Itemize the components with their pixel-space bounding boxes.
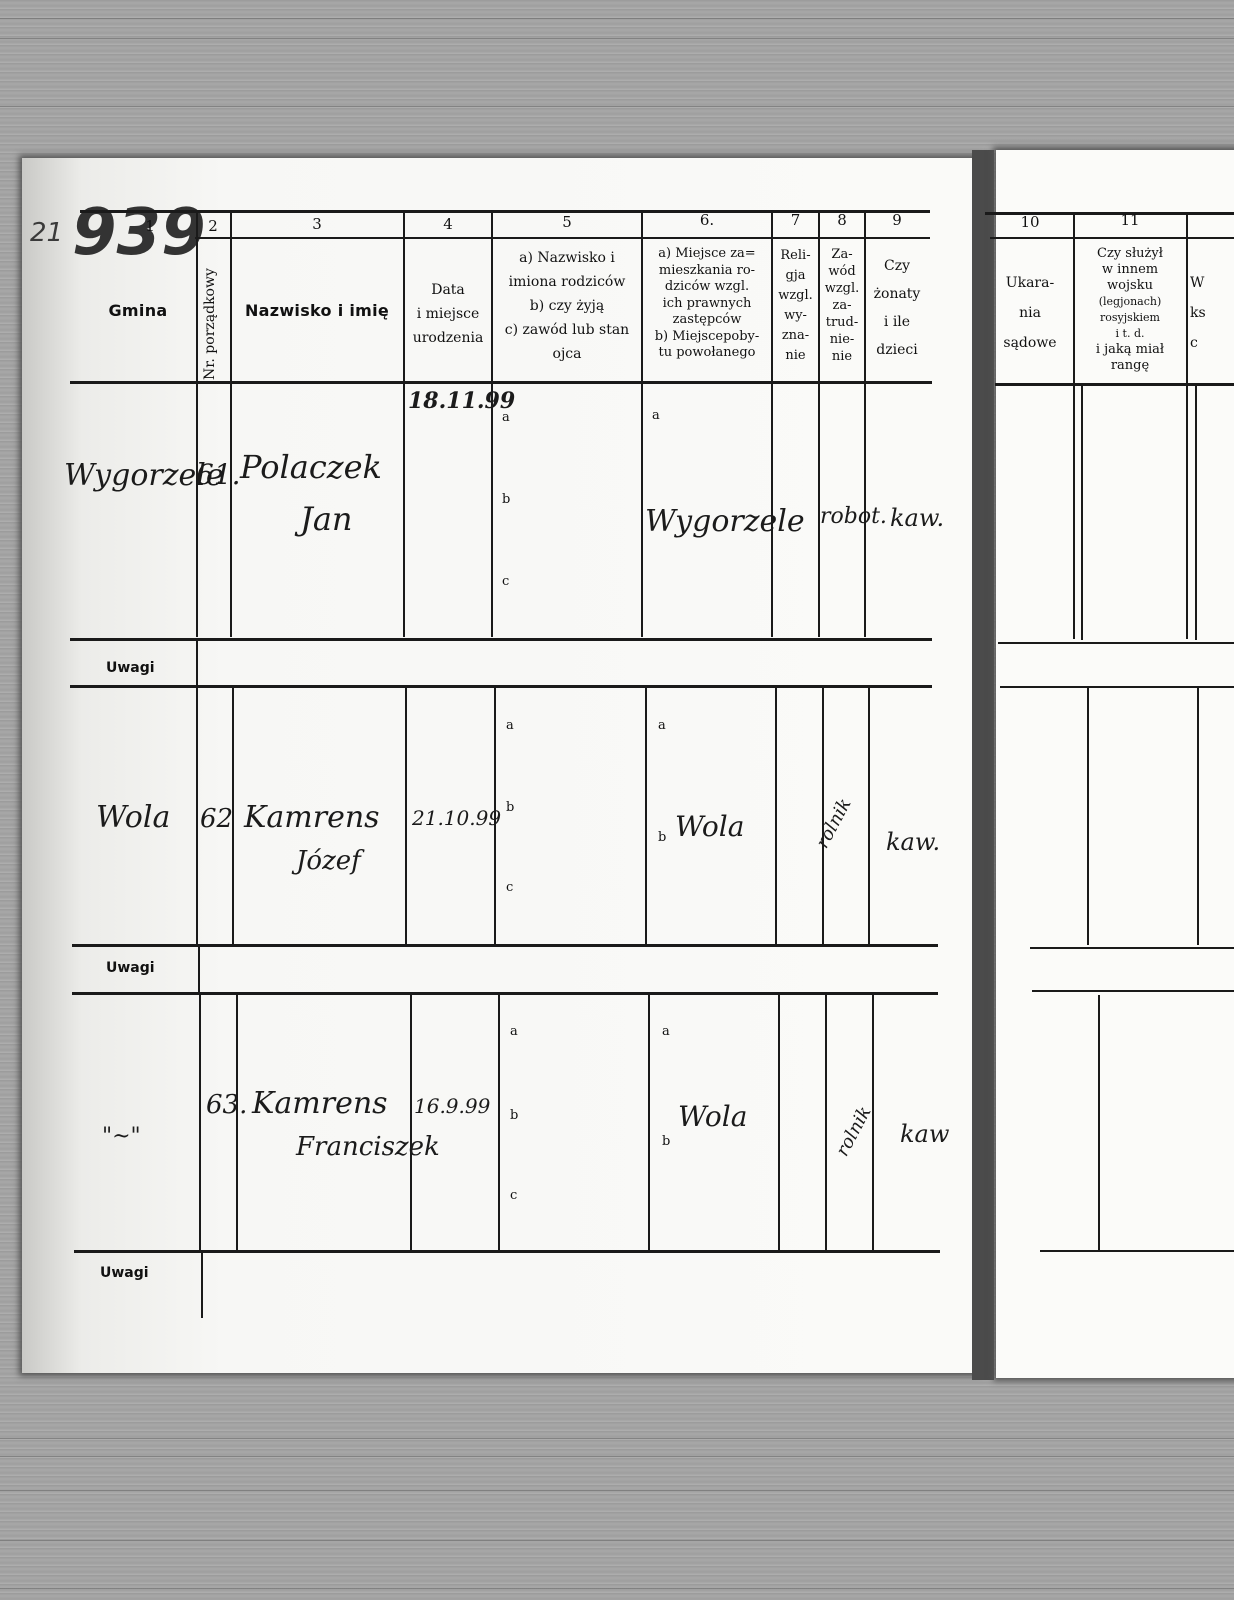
col-12-header-partial: W ks c: [1190, 268, 1220, 358]
entry-married: kaw: [900, 1120, 949, 1148]
entry-married: kaw.: [886, 828, 940, 856]
col-6-number: 6.: [643, 212, 771, 229]
col-nr-header: Nr. porządkowy: [202, 268, 218, 380]
entry-gmina-ditto: "~": [102, 1124, 141, 1149]
remarks-label: Uwagi: [106, 660, 155, 676]
col-parents-header: a) Nazwisko i imiona rodziców b) czy żyj…: [493, 246, 641, 366]
col-10-number: 10: [990, 214, 1070, 231]
col-9-number: 9: [866, 212, 928, 229]
col-8-number: 8: [820, 212, 864, 229]
entry-residence: Wygorzele: [645, 504, 805, 539]
col-5-number: 5: [493, 214, 641, 231]
col-religion-header: Reli- gja wzgl. wy- zna- nie: [773, 246, 818, 366]
col-2-number: 2: [198, 218, 228, 235]
remarks-label: Uwagi: [106, 960, 155, 976]
entry-nr: 63.: [206, 1090, 247, 1120]
entry-married: kaw.: [890, 504, 944, 532]
col-11-number: 11: [1075, 212, 1185, 229]
entry-nr: 62: [200, 804, 233, 834]
remarks-label: Uwagi: [100, 1265, 149, 1281]
entry-surname: Kamrens: [252, 1086, 388, 1121]
entry-surname: Polaczek: [240, 448, 382, 486]
entry-birth-date: 18.11.99: [408, 388, 515, 414]
col-7-number: 7: [773, 212, 818, 229]
entry-gmina: Wola: [96, 800, 170, 835]
archive-number: 939: [72, 196, 206, 270]
entry-first-name: Jan: [300, 500, 353, 538]
entry-first-name: Franciszek: [296, 1132, 440, 1162]
entry-birth-date: 16.9.99: [414, 1094, 490, 1118]
col-court-header: Ukara- nia sądowe: [990, 268, 1070, 358]
col-name-header: Nazwisko i imię: [232, 302, 402, 320]
entry-occupation: robot.: [820, 504, 887, 529]
col-foreign-army-header: Czy służył w innem wojsku (legjonach) ro…: [1075, 246, 1185, 374]
col-residence-header: a) Miejsce za= mieszkania ro- dziców wzg…: [643, 246, 771, 362]
col-gmina-header: Gmina: [80, 302, 196, 320]
col-birth-header: Data i miejsce urodzenia: [405, 278, 491, 350]
entry-birth-date: 21.10.99: [412, 806, 501, 830]
archive-number-prefix: 21: [30, 218, 63, 248]
col-3-number: 3: [232, 216, 402, 233]
col-4-number: 4: [405, 216, 491, 233]
col-1-number: 1: [140, 218, 160, 235]
col-occupation-header: Za- wód wzgl. za- trud- nie- nie: [820, 246, 864, 365]
entry-residence: Wola: [675, 810, 744, 843]
header-bottom-rule: [70, 381, 932, 384]
entry-surname: Kamrens: [244, 800, 380, 835]
entry-first-name: Józef: [296, 846, 361, 876]
entry-residence: Wola: [678, 1100, 747, 1133]
col-married-header: Czy żonaty i ile dzieci: [866, 252, 928, 364]
entry-nr: 61.: [196, 458, 241, 491]
